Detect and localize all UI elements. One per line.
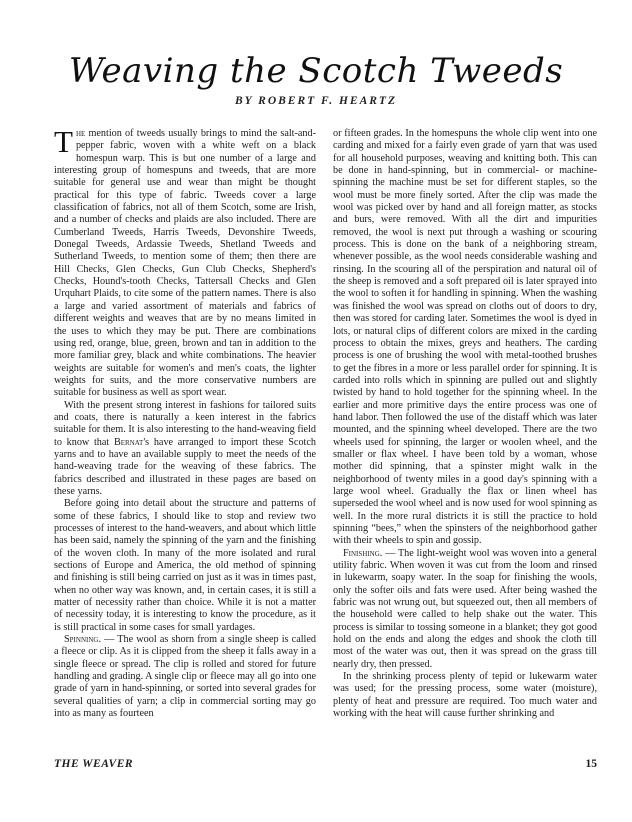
- right-column: or fifteen grades. In the homespuns the …: [333, 128, 597, 721]
- intro-text: mention of tweeds usually brings to mind…: [54, 128, 316, 398]
- section-heading-spinning: Spinning.: [64, 634, 101, 645]
- intro-smallcaps: he: [76, 128, 85, 139]
- publication-name: THE WEAVER: [54, 758, 133, 770]
- paragraph-shrinking: In the shrinking process plenty of tepid…: [333, 671, 597, 720]
- paragraph-spinning-continued: or fifteen grades. In the homespuns the …: [333, 128, 597, 548]
- article-byline: BY ROBERT F. HEARTZ: [0, 95, 632, 107]
- page-number: 15: [560, 758, 597, 770]
- paragraph-intro: The mention of tweeds usually brings to …: [54, 128, 316, 400]
- paragraph-fashion: With the present strong interest in fash…: [54, 400, 316, 499]
- section-heading-finishing: Finishing.: [343, 548, 382, 559]
- article-title: Weaving the Scotch Tweeds: [0, 51, 632, 91]
- paragraph-text: — The light-weight wool was woven into a…: [333, 548, 597, 670]
- brand-name: Bernat: [114, 437, 143, 448]
- paragraph-text: — The wool as shorn from a single sheep …: [54, 634, 316, 719]
- paragraph-processes: Before going into detail about the struc…: [54, 498, 316, 634]
- paragraph-finishing: Finishing. — The light-weight wool was w…: [333, 548, 597, 671]
- drop-cap: T: [54, 130, 73, 154]
- paragraph-spinning: Spinning. — The wool as shorn from a sin…: [54, 634, 316, 720]
- left-column: The mention of tweeds usually brings to …: [54, 128, 316, 721]
